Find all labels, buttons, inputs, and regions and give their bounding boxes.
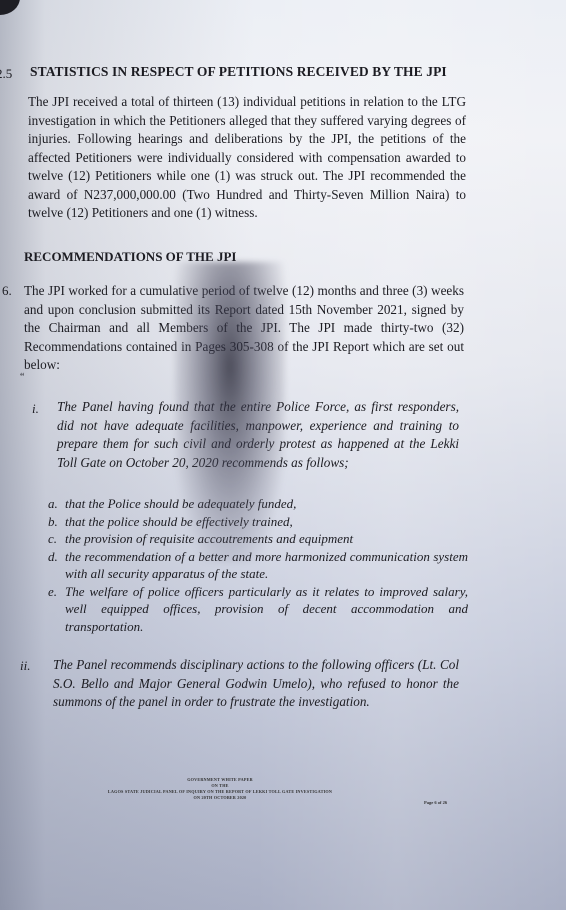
recommendations-intro-paragraph: The JPI worked for a cumulative period o… <box>24 282 464 375</box>
recommendation-sublist: a. that the Police should be adequately … <box>48 495 468 635</box>
sublist-item: d. the recommendation of a better and mo… <box>48 548 468 583</box>
recommendation-number: i. <box>32 401 39 417</box>
statistics-paragraph: The JPI received a total of thirteen (13… <box>28 93 466 223</box>
section-heading-statistics: STATISTICS IN RESPECT OF PETITIONS RECEI… <box>30 64 447 80</box>
recommendation-number: ii. <box>20 658 30 674</box>
sublist-item: b. that the police should be effectively… <box>48 513 468 531</box>
sublist-item: c. the provision of requisite accoutreme… <box>48 530 468 548</box>
recommendation-item: The Panel recommends disciplinary action… <box>53 656 459 712</box>
sublist-item: e. The welfare of police officers partic… <box>48 583 468 636</box>
paragraph-number: 6. <box>2 283 12 299</box>
footer-line: ON 20TH OCTOBER 2020 <box>70 795 370 801</box>
sublist-text: The welfare of police officers particula… <box>65 583 468 636</box>
sublist-label: a. <box>48 495 65 513</box>
section-heading-recommendations: RECOMMENDATIONS OF THE JPI <box>24 249 236 265</box>
sublist-item: a. that the Police should be adequately … <box>48 495 468 513</box>
sublist-text: the recommendation of a better and more … <box>65 548 468 583</box>
sublist-text: that the Police should be adequately fun… <box>65 495 468 513</box>
sublist-label: e. <box>48 583 65 636</box>
section-number: 2.5 <box>0 66 12 82</box>
opening-quote-mark: “ <box>20 372 24 383</box>
recommendation-item: The Panel having found that the entire P… <box>57 398 459 472</box>
page-number: Page 6 of 26 <box>424 800 447 805</box>
page-footer: GOVERNMENT WHITE PAPER ON THE LAGOS STAT… <box>70 777 370 801</box>
sublist-label: b. <box>48 513 65 531</box>
document-page: 2.5 STATISTICS IN RESPECT OF PETITIONS R… <box>0 0 566 910</box>
sublist-label: c. <box>48 530 65 548</box>
sublist-text: the provision of requisite accoutrements… <box>65 530 468 548</box>
sublist-label: d. <box>48 548 65 583</box>
sublist-text: that the police should be effectively tr… <box>65 513 468 531</box>
